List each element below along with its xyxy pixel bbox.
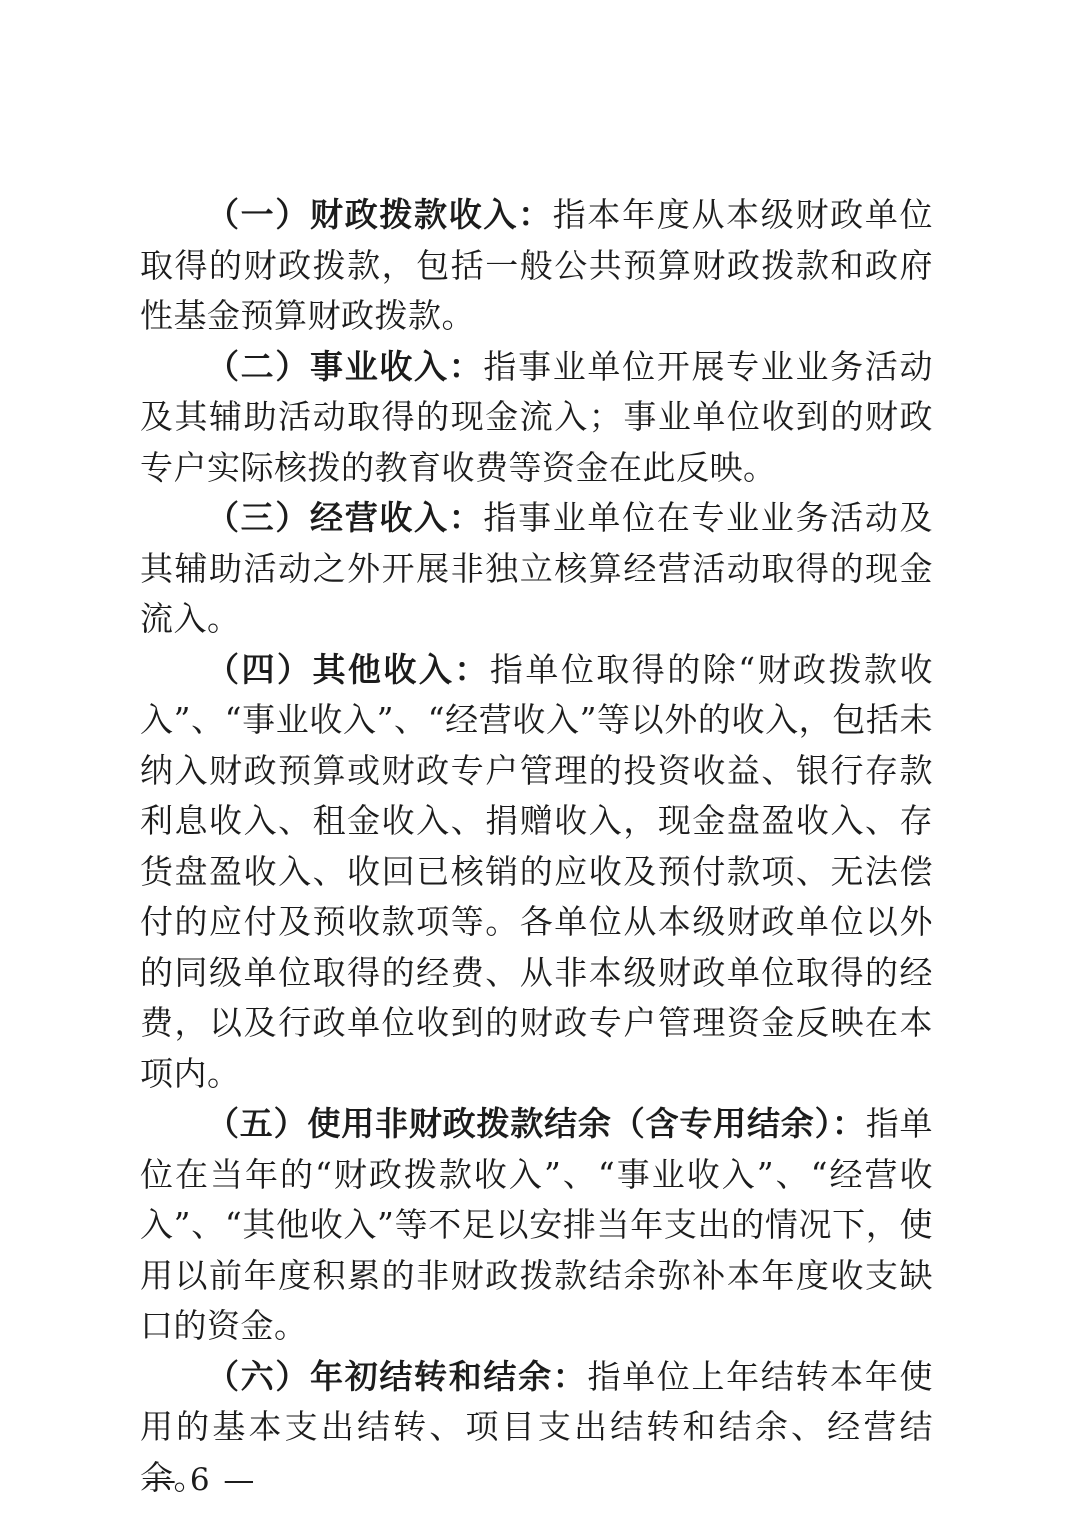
document-page: （一）财政拨款收入：指本年度从本级财政单位取得的财政拨款，包括一般公共预算财政拨… xyxy=(0,0,1069,1515)
paragraph-other-income: （四）其他收入：指单位取得的除“财政拨款收入”、“事业收入”、“经营收入”等以外… xyxy=(140,645,933,1100)
paragraph-lead: （四）其他收入： xyxy=(206,650,490,689)
paragraph-carryover-balance: （六）年初结转和结余：指单位上年结转本年使用的基本支出结转、项目支出结转和结余、… xyxy=(140,1352,933,1504)
paragraph-lead: （二）事业收入： xyxy=(206,347,483,386)
paragraph-non-fiscal-surplus: （五）使用非财政拨款结余（含专用结余）：指单位在当年的“财政拨款收入”、“事业收… xyxy=(140,1099,933,1352)
paragraph-operational-income: （二）事业收入：指事业单位开展专业业务活动及其辅助活动取得的现金流入；事业单位收… xyxy=(140,342,933,494)
paragraph-fiscal-appropriation-income: （一）财政拨款收入：指本年度从本级财政单位取得的财政拨款，包括一般公共预算财政拨… xyxy=(140,190,933,342)
paragraph-business-income: （三）经营收入：指事业单位在专业业务活动及其辅助活动之外开展非独立核算经营活动取… xyxy=(140,493,933,645)
paragraph-lead: （三）经营收入： xyxy=(206,498,483,537)
paragraph-body: 指单位取得的除“财政拨款收入”、“事业收入”、“经营收入”等以外的收入，包括未纳… xyxy=(140,650,933,1093)
paragraph-lead: （一）财政拨款收入： xyxy=(206,195,553,234)
document-body: （一）财政拨款收入：指本年度从本级财政单位取得的财政拨款，包括一般公共预算财政拨… xyxy=(140,190,933,1503)
paragraph-lead: （六）年初结转和结余： xyxy=(206,1357,587,1396)
page-number: — 6 — xyxy=(145,1462,256,1498)
paragraph-lead: （五）使用非财政拨款结余（含专用结余）： xyxy=(206,1104,866,1143)
